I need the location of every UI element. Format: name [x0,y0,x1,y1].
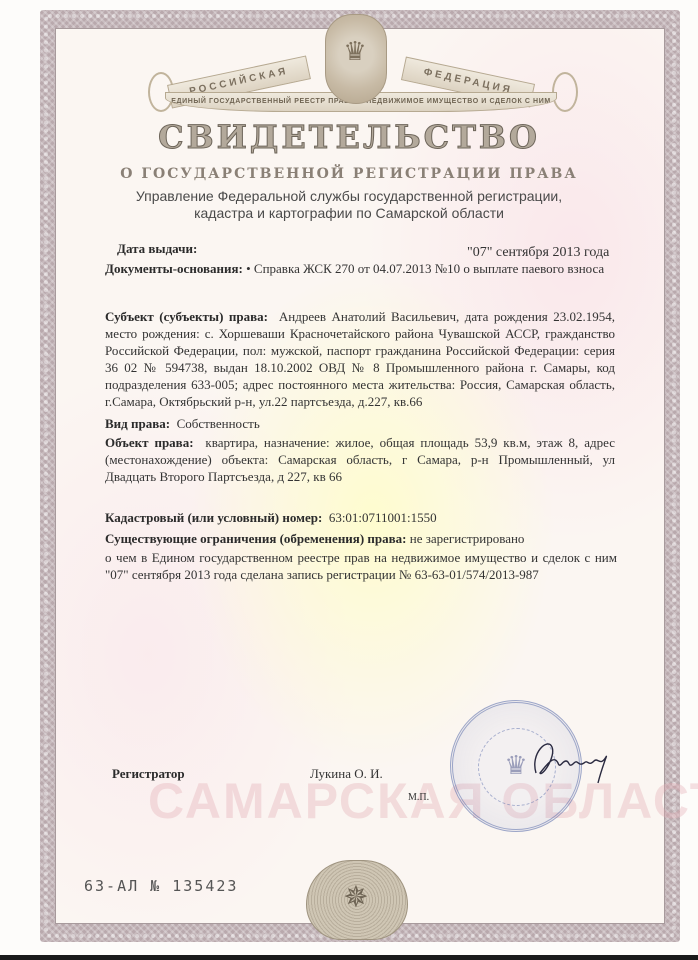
registrar-signature [528,733,618,793]
document-title: СВИДЕТЕЛЬСТВО [0,118,698,156]
cadastral-number: Кадастровый (или условный) номер: 63:01:… [105,509,437,526]
right-type: Вид права: Собственность [105,415,260,432]
rosette-icon: ✵ [336,878,376,918]
issue-date-value: "07" сентября 2013 года [467,244,609,261]
subject-block: Субъект (субъекты) права: Андреев Анатол… [105,308,615,410]
stamp-place-marker: М.П. [408,789,429,806]
object-block: Объект права: квартира, назначение: жило… [105,434,615,485]
issue-date-label: Дата выдачи: [117,240,197,257]
basis-documents: Документы-основания: • Справка ЖСК 270 о… [105,260,604,277]
certificate-page: РОССИЙСКАЯ ФЕДЕРАЦИЯ ЕДИНЫЙ ГОСУДАРСТВЕН… [0,0,698,955]
cadastral-value: 63:01:0711001:1550 [329,510,437,525]
issuing-authority: Управление Федеральной службы государств… [0,188,698,222]
right-type-label: Вид права: [105,416,170,431]
subject-label: Субъект (субъекты) права: [105,309,268,324]
form-serial-number: 63-АЛ № 135423 [84,877,238,895]
registration-record: о чем в Едином государственном реестре п… [105,549,617,583]
subject-value: Андреев Анатолий Васильевич, дата рожден… [105,309,615,409]
registrar-label: Регистратор [112,765,185,782]
basis-documents-label: Документы-основания: [105,261,243,276]
scan-edge [0,955,698,960]
basis-documents-value: • Справка ЖСК 270 от 04.07.2013 №10 о вы… [246,261,604,276]
registrar-name: Лукина О. И. [310,765,383,782]
double-headed-eagle-icon: ♛ [343,36,367,68]
cadastral-label: Кадастровый (или условный) номер: [105,510,322,525]
authority-line-1: Управление Федеральной службы государств… [0,188,698,205]
object-label: Объект права: [105,435,194,450]
encumbrances-label: Существующие ограничения (обременения) п… [105,531,406,546]
right-type-value: Собственность [177,416,260,431]
encumbrances: Существующие ограничения (обременения) п… [105,530,524,547]
document-subtitle: О ГОСУДАРСТВЕННОЙ РЕГИСТРАЦИИ ПРАВА [0,166,698,182]
encumbrances-value: не зарегистрировано [410,531,525,546]
authority-line-2: кадастра и картографии по Самарской обла… [0,205,698,222]
